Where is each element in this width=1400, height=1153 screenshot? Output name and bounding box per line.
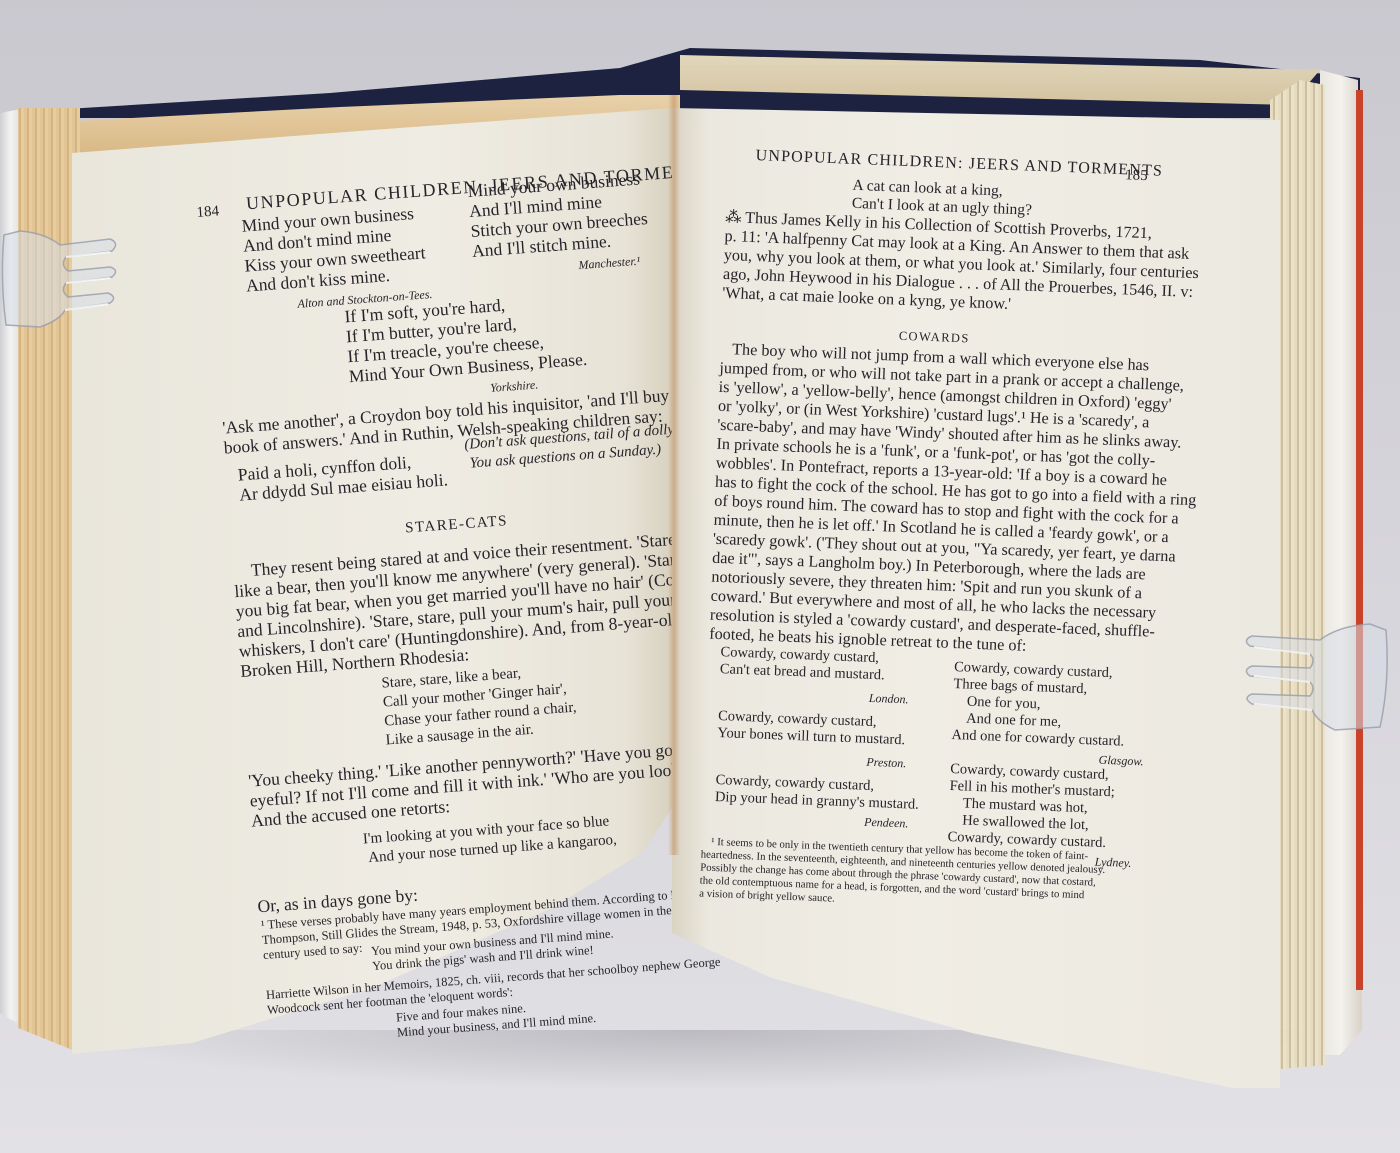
rhyme-preston: Cowardy, cowardy custard, Your bones wil…	[716, 708, 908, 772]
source-preston: Preston.	[866, 754, 907, 773]
rhyme-mind-business-left: Mind your own business And don't mind mi…	[241, 202, 433, 317]
rhyme-stare-stare: Stare, stare, like a bear, Call your mot…	[381, 661, 579, 751]
rhyme-london: Cowardy, cowardy custard, Can't eat brea…	[719, 644, 911, 708]
section-heading-cowards: COWARDS	[899, 329, 970, 347]
source-london: London.	[869, 690, 909, 709]
page-holder-clip-left	[0, 225, 120, 335]
photo-scene: 184 UNPOPULAR CHILDREN: JEERS AND TORMEN…	[0, 0, 1400, 1153]
paragraph-james-kelly: ⁂ Thus James Kelly in his Collection of …	[722, 208, 1201, 321]
rhyme-mind-business-right: Mind your own business And I'll mind min…	[467, 168, 651, 283]
page-number-right: 185	[1125, 167, 1148, 185]
book-cover-red-stripe	[1356, 90, 1363, 990]
rhyme-glasgow: Cowardy, cowardy custard, Three bags of …	[950, 659, 1147, 770]
clip-icon	[1240, 612, 1390, 742]
book-gutter	[668, 95, 680, 855]
paragraph-cowards: The boy who will not jump from a wall wh…	[709, 340, 1202, 662]
clip-icon	[0, 225, 120, 335]
source-pendeen: Pendeen.	[864, 814, 919, 833]
page-holder-clip-right	[1240, 612, 1390, 742]
page-number-left: 184	[196, 203, 220, 222]
rhyme-pendeen: Cowardy, cowardy custard, Dip your head …	[714, 772, 920, 833]
rhyme-soft-hard: If I'm soft, you're hard, If I'm butter,…	[344, 289, 590, 408]
